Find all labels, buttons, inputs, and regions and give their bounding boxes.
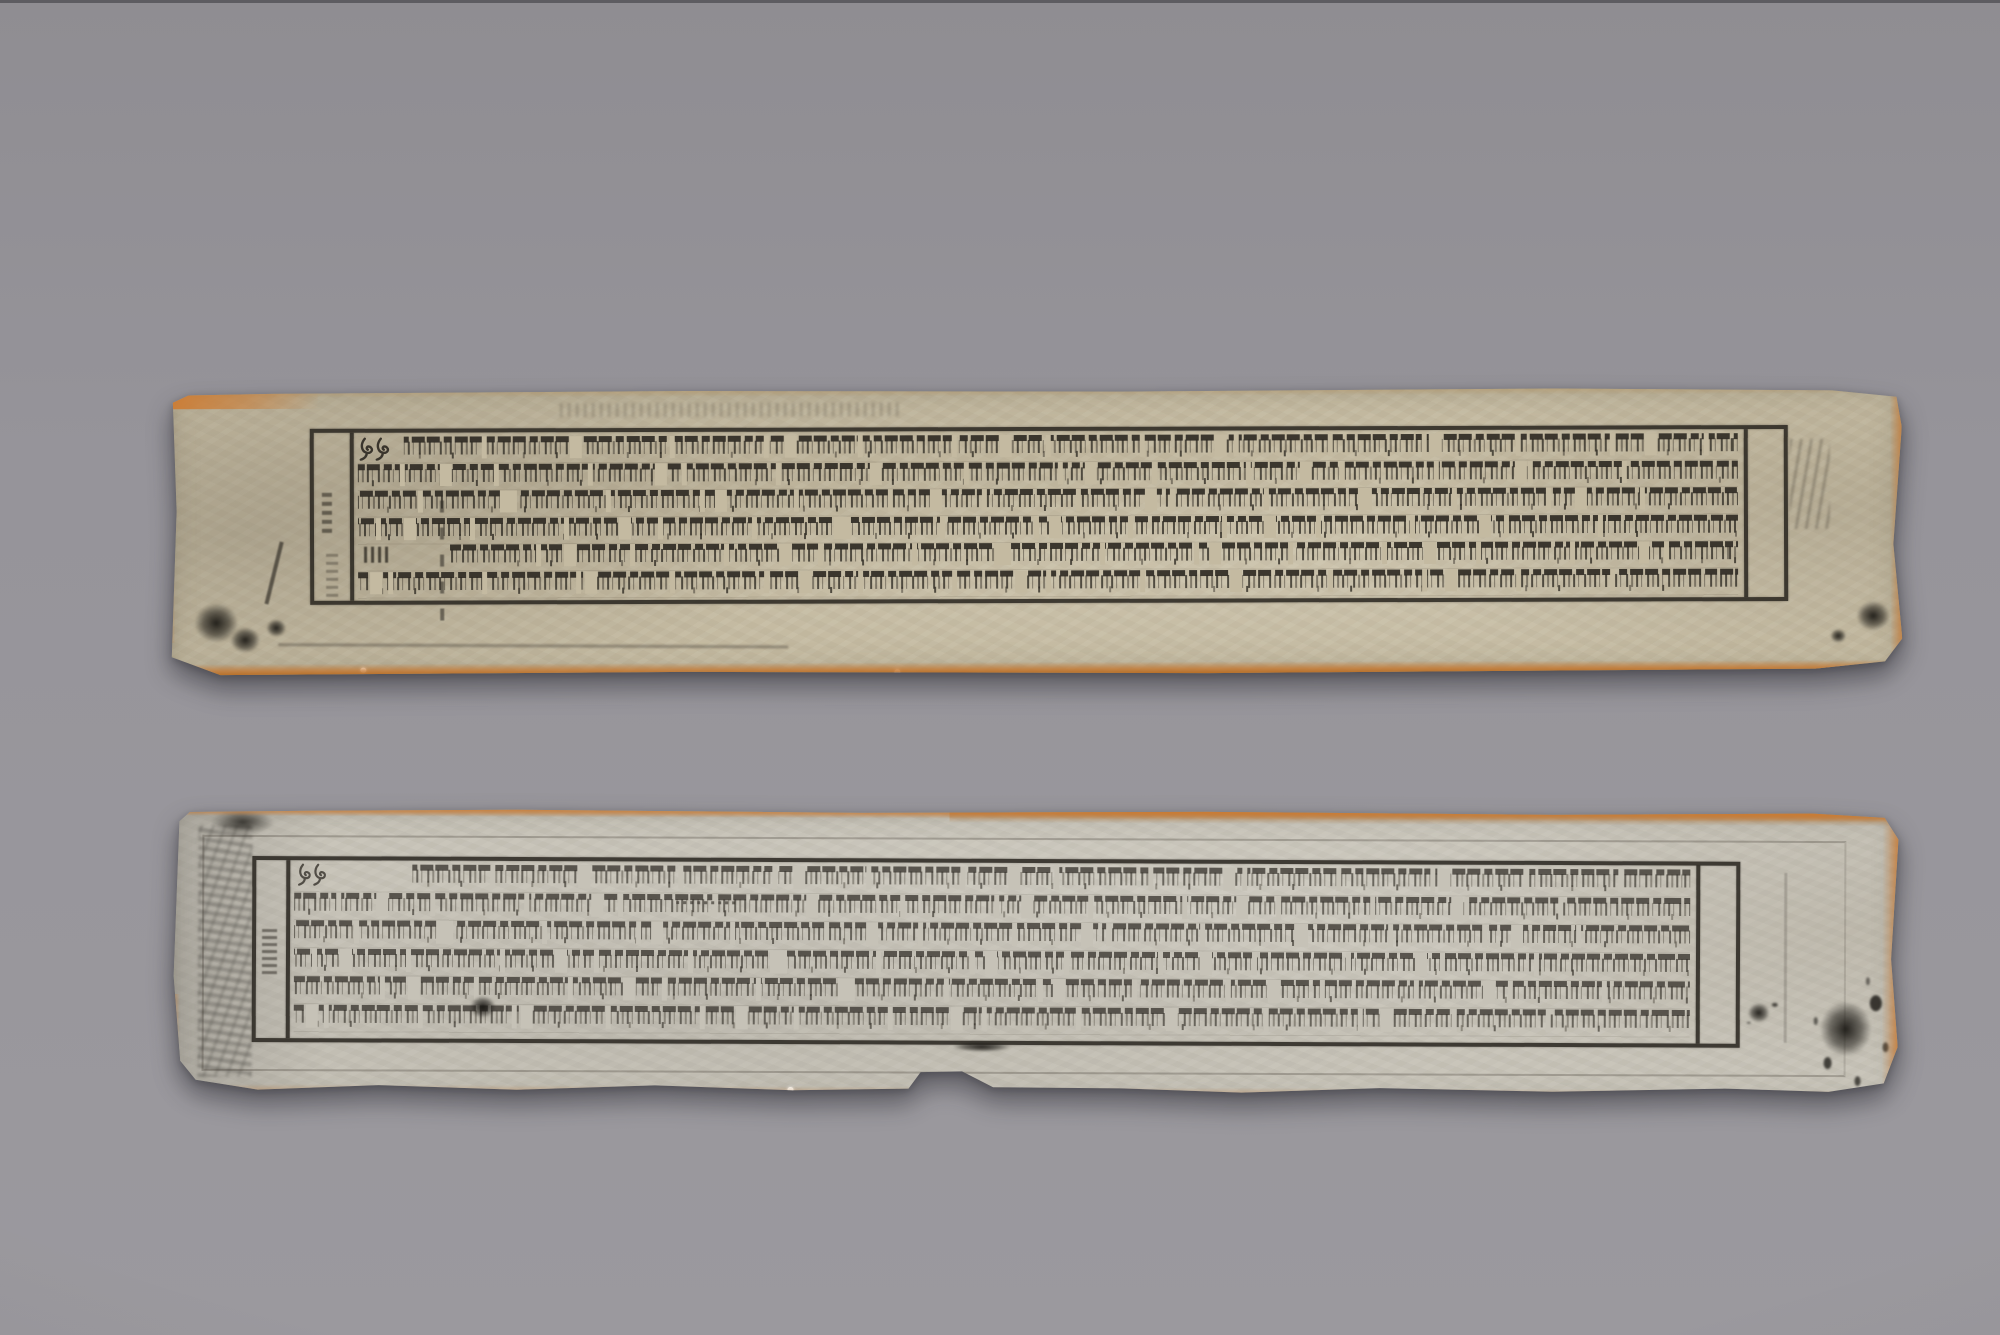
paper-glint-speck bbox=[360, 668, 366, 673]
ink-smudge bbox=[1830, 629, 1846, 643]
frame-ink-smear bbox=[952, 1042, 1012, 1052]
folio-number-mark bbox=[262, 928, 277, 974]
ink-streak bbox=[265, 541, 284, 604]
text-line bbox=[358, 461, 1738, 487]
lower-manuscript-leaf bbox=[171, 807, 1898, 1106]
yig-mgo-head-mark-icon bbox=[296, 862, 334, 886]
left-margin-smudge-band bbox=[198, 825, 253, 1077]
corner-ink-smear bbox=[210, 809, 274, 835]
text-line bbox=[294, 1005, 1690, 1033]
ink-splatter bbox=[1748, 1003, 1770, 1023]
text-line bbox=[358, 487, 1738, 513]
ink-smudge bbox=[266, 619, 286, 637]
text-line bbox=[412, 865, 1690, 893]
faint-lower-rule bbox=[278, 643, 788, 648]
marginal-syllable-mark bbox=[364, 547, 390, 563]
ink-smudge bbox=[230, 627, 260, 653]
offset-text-ghost bbox=[560, 402, 900, 417]
lower-text-panel bbox=[294, 864, 1691, 1041]
text-line bbox=[294, 976, 1690, 1004]
text-line bbox=[404, 433, 1738, 458]
upper-text-panel bbox=[358, 433, 1738, 603]
dotted-leader bbox=[676, 901, 738, 904]
right-margin-divider-rule bbox=[1696, 866, 1701, 1044]
right-margin-divider-rule bbox=[1744, 429, 1748, 597]
text-line bbox=[294, 920, 1690, 948]
photo-top-edge bbox=[0, 0, 2000, 3]
text-line bbox=[294, 893, 1690, 921]
upper-manuscript-leaf bbox=[168, 387, 1903, 678]
left-margin-divider-rule bbox=[350, 433, 354, 601]
paper-glint-speck bbox=[787, 1087, 793, 1092]
text-line bbox=[294, 949, 1690, 977]
ink-splatter bbox=[1820, 1001, 1872, 1057]
upper-leaf-wrapper bbox=[168, 389, 1902, 675]
yig-mgo-head-mark-icon bbox=[358, 437, 398, 461]
ink-blot bbox=[470, 996, 496, 1018]
text-line bbox=[358, 515, 1738, 541]
ink-smudge bbox=[1856, 601, 1890, 631]
text-line bbox=[358, 569, 1738, 595]
left-margin-marks bbox=[322, 493, 342, 603]
photograph-canvas bbox=[0, 0, 2000, 1335]
paper-glint-speck bbox=[894, 669, 900, 674]
text-line bbox=[450, 541, 1738, 566]
offset-frame-ghost bbox=[1784, 873, 1788, 1043]
lower-leaf-wrapper bbox=[172, 810, 1898, 1102]
paper-glint-speck bbox=[1679, 1096, 1685, 1101]
right-margin-smudge bbox=[1790, 439, 1846, 535]
left-margin-divider-rule bbox=[286, 860, 291, 1038]
